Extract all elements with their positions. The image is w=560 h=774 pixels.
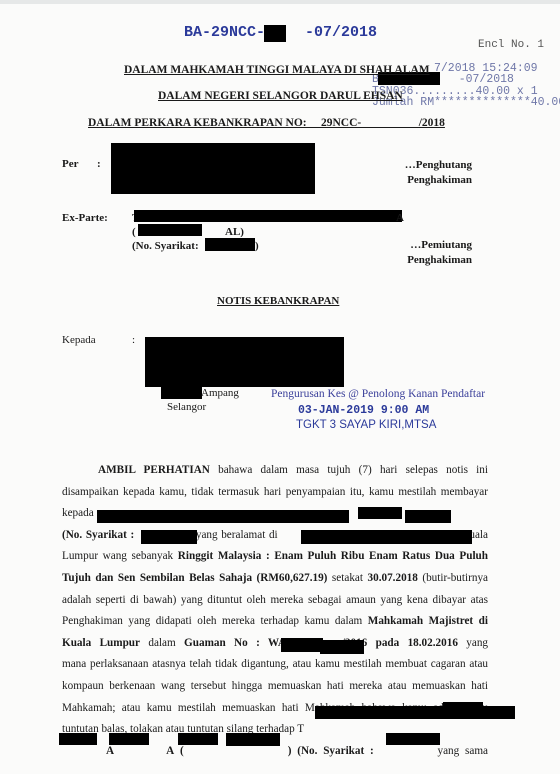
body-bold: ) [288,745,292,757]
body-text: yang sama [438,745,489,757]
role-line: Penghakiman [407,253,472,268]
body-line: mana perlaksanaan atasnya telah tidak di… [62,654,488,676]
body-line: AMBIL PERHATIAN bahawa dalam masa tujuh … [62,460,488,482]
redaction [97,510,349,523]
redaction [358,507,402,519]
body-bold: A [106,745,114,757]
body-bold: 30.07.2018 [368,572,418,584]
body-line: kompaun berkenaan wang tersebut hingga m… [62,676,488,698]
address-city: Ampang [201,387,239,399]
body-bold: Mahkamah Majistret di [368,615,488,627]
body-bold: AMBIL PERHATIAN [98,464,210,476]
redaction [226,733,280,746]
body-text: Lumpur wang sebanyak [62,550,173,562]
enclosure-number: Encl No. 1 [478,39,544,51]
body-text: bahawa dalam masa tujuh (7) hari selepas… [218,464,488,476]
body-text: yang [466,637,488,649]
body-line: Tujuh dan Sen Sembilan Belas Sahaja (RM6… [62,568,488,590]
body-bold: Kuala Lumpur [62,637,140,649]
hearing-stamp-title: Pengurusan Kes @ Penolong Kanan Pendafta… [271,388,485,400]
debtor-role: …Penghutang Penghakiman [405,158,472,188]
body-line: adalah seperti di bawah) yang dituntut o… [62,590,488,612]
role-line: …Pemiutang [407,238,472,253]
exparte-line2-open: ( [132,226,136,238]
role-line: Penghakiman [405,173,472,188]
body-text: Penghakiman yang didapati oleh mereka te… [62,615,362,627]
body-text: yang beralamat di [196,529,278,541]
body-text: kepada [62,507,94,519]
redaction [161,387,202,399]
body-line: Penghakiman yang didapati oleh mereka te… [62,611,488,633]
redaction-recipient-address [145,337,344,387]
court-header-2: DALAM NEGERI SELANGOR DARUL EHSAN [158,90,403,102]
exparte-company-no-label: (No. Syarikat: [132,240,199,252]
hearing-location: TGKT 3 SAYAP KIRI,MTSA [296,419,436,431]
body-bold: ( [180,745,184,757]
redaction [109,733,149,745]
redaction [178,733,218,745]
redaction-creditor-name [134,210,402,222]
exparte-line1-end: A [396,212,404,224]
exparte-label: Ex-Parte: [62,212,108,224]
redaction [301,530,472,544]
hearing-date-time: 03-JAN-2019 9:00 AM [298,404,429,417]
body-bold: (No. Syarikat : [62,529,134,541]
per-colon: : [97,158,101,170]
redaction [315,706,515,719]
body-bold: (No. Syarikat : [297,745,374,757]
redaction [443,702,483,708]
redaction [320,640,364,654]
redaction [138,224,202,236]
body-bold: Ringgit Malaysia : Enam Puluh Ribu Enam … [178,550,488,562]
notice-title: NOTIS KEBANKRAPAN [217,295,339,307]
body-line: disampaikan kepada kamu, tidak termasuk … [62,482,488,504]
body-line: Lumpur wang sebanyak Ringgit Malaysia : … [62,546,488,568]
court-header-1: DALAM MAHKAMAH TINGGI MALAYA DI SHAH ALA… [124,64,430,76]
redaction [405,510,451,523]
redaction [281,638,323,652]
body-bold: Tujuh dan Sen Sembilan Belas Sahaja (RM6… [62,572,327,584]
body-bold: A [166,745,174,757]
redaction [264,25,286,42]
kepada-colon: : [132,334,135,346]
redaction [141,530,197,544]
address-state: Selangor [167,401,206,413]
scan-edge [0,0,560,4]
kepada-label: Kepada [62,334,96,346]
redaction [59,733,97,745]
body-line: Kuala Lumpur dalam Guaman No : WA-A/2016… [62,633,488,655]
exparte-line2-end: AL) [225,226,244,238]
body-text: (butir-butirnya [422,572,488,584]
redaction [386,733,440,745]
case-number-suffix: -07/2018 [305,24,377,41]
role-line: …Penghutang [405,158,472,173]
exparte-company-no-close: ) [255,240,259,252]
redaction-debtor-name [111,143,315,194]
bankruptcy-case-number: DALAM PERKARA KEBANKRAPAN NO: 29NCC- /20… [88,117,445,129]
body-text: dalam [148,637,175,649]
creditor-role: …Pemiutang Penghakiman [407,238,472,268]
redaction-company-no [205,238,255,251]
body-text: setakat [332,572,363,584]
per-label: Per [62,158,78,170]
